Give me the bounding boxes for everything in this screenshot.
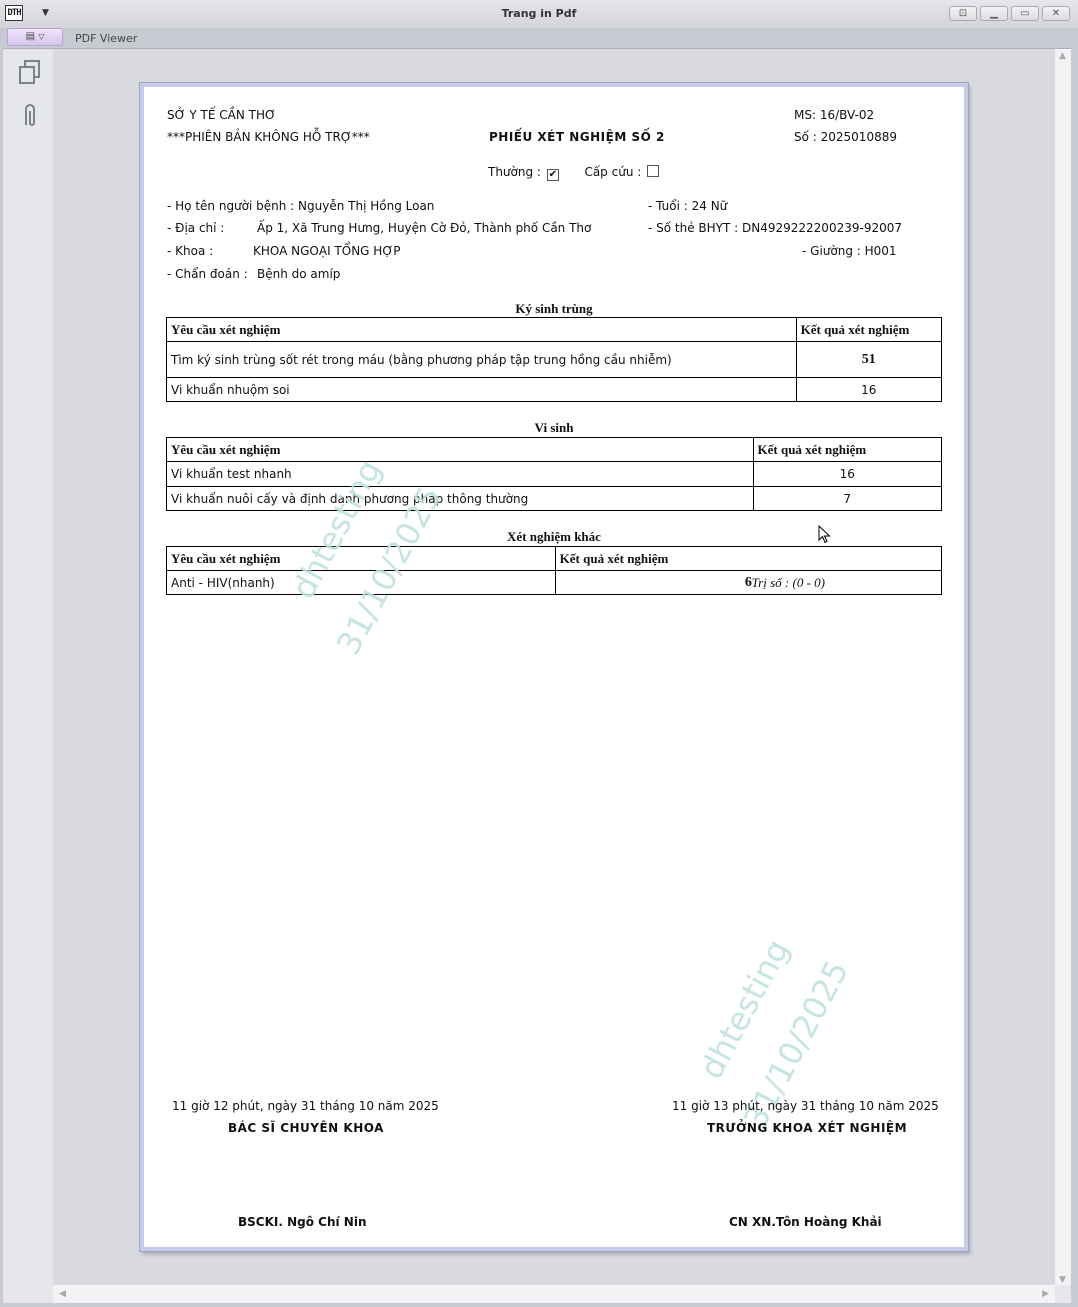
pages-icon[interactable] <box>17 59 45 89</box>
org-name: SỞ Y TẾ CẦN THƠ <box>167 108 276 122</box>
document-number: Số : 2025010889 <box>794 130 897 144</box>
form-code: MS: 16/BV-02 <box>794 108 874 122</box>
title-bar: DTH ▼ Trang in Pdf ⊡ ▁ ▭ ✕ <box>0 0 1078 28</box>
table-row: Vi khuẩn nhuộm soi 16 <box>167 378 942 402</box>
normal-checkbox[interactable]: ✔ <box>547 169 559 181</box>
test-result-cell: 6 Trị số : (0 - 0) <box>555 571 941 595</box>
col-request-header: Yêu cầu xét nghiệm <box>167 438 754 462</box>
tab-pdf-viewer[interactable]: PDF Viewer <box>75 32 137 45</box>
right-sign-role: TRƯỞNG KHOA XÉT NGHIỆM <box>707 1121 907 1135</box>
col-request-header: Yêu cầu xét nghiệm <box>167 547 556 571</box>
section-title: Xét nghiệm khác <box>144 529 964 545</box>
mouse-cursor-icon <box>818 525 832 549</box>
emergency-checkbox[interactable] <box>647 165 659 177</box>
test-name: Tìm ký sinh trùng sốt rét trong máu (bằn… <box>167 342 797 378</box>
diagnosis-label: - Chẩn đoán : <box>167 267 248 281</box>
right-sign-time: 11 giờ 13 phút, ngày 31 tháng 10 năm 202… <box>672 1099 939 1113</box>
col-result-header: Kết quả xét nghiệm <box>555 547 941 571</box>
bed-number: - Giường : H001 <box>802 244 897 258</box>
horizontal-scrollbar[interactable]: ◀ ▶ <box>53 1285 1055 1303</box>
close-button[interactable]: ✕ <box>1042 6 1070 21</box>
maximize-button[interactable]: ▭ <box>1011 6 1039 21</box>
document-title: PHIẾU XÉT NGHIỆM SỐ 2 <box>489 130 665 144</box>
vertical-scrollbar[interactable]: ▲ ▼ <box>1055 49 1071 1287</box>
scroll-up-icon[interactable]: ▲ <box>1059 51 1066 61</box>
right-sign-name: CN XN.Tôn Hoàng Khải <box>729 1215 882 1229</box>
section-title: Ký sinh trùng <box>144 301 964 317</box>
minimize-button[interactable]: ▁ <box>980 6 1008 21</box>
test-name: Vi khuẩn nhuộm soi <box>167 378 797 402</box>
scroll-right-icon[interactable]: ▶ <box>1042 1289 1049 1299</box>
col-result-header: Kết quả xét nghiệm <box>753 438 942 462</box>
reference-range: Trị số : (0 - 0) <box>752 575 825 591</box>
diagnosis-value: Bệnh do amíp <box>257 267 340 281</box>
insurance-number: - Số thẻ BHYT : DN4929222200239-92007 <box>648 221 902 235</box>
pdf-page: SỞ Y TẾ CẦN THƠ ***PHIÊN BẢN KHÔNG HỖ TR… <box>140 83 968 1251</box>
scroll-left-icon[interactable]: ◀ <box>59 1289 66 1299</box>
patient-name: - Họ tên người bệnh : Nguyễn Thị Hồng Lo… <box>167 199 434 213</box>
test-name: Vi khuẩn nuôi cấy và định danh phương ph… <box>167 487 754 511</box>
emergency-label: Cấp cứu : <box>584 165 641 179</box>
test-result: 16 <box>796 378 941 402</box>
patient-age: - Tuổi : 24 Nữ <box>648 199 727 213</box>
test-result: 51 <box>796 342 941 378</box>
attachment-icon[interactable] <box>17 101 45 131</box>
address-value: Ấp 1, Xã Trung Hưng, Huyện Cờ Đỏ, Thành … <box>257 221 591 235</box>
fullscreen-button[interactable]: ⊡ <box>949 6 977 21</box>
results-table: Yêu cầu xét nghiệmKết quả xét nghiệm Tìm… <box>166 317 942 402</box>
left-sign-name: BSCKI. Ngô Chí Nin <box>238 1215 367 1229</box>
dept-value: KHOA NGOẠI TỔNG HỢP <box>253 244 401 258</box>
left-sign-time: 11 giờ 12 phút, ngày 31 tháng 10 năm 202… <box>172 1099 439 1113</box>
col-result-header: Kết quả xét nghiệm <box>796 318 941 342</box>
test-result: 16 <box>753 462 942 487</box>
table-row: Tìm ký sinh trùng sốt rét trong máu (bằn… <box>167 342 942 378</box>
window-title: Trang in Pdf <box>0 7 1078 20</box>
left-sign-role: BÁC SĨ CHUYÊN KHOA <box>228 1121 384 1135</box>
panel-toggle-button[interactable]: ▤ ▽ <box>7 28 63 46</box>
test-result: 7 <box>753 487 942 511</box>
sidebar <box>3 49 53 1303</box>
dept-label: - Khoa : <box>167 244 213 258</box>
section-title: Vi sinh <box>144 420 964 436</box>
normal-label: Thường : <box>488 165 541 179</box>
table-row: Vi khuẩn nuôi cấy và định danh phương ph… <box>167 487 942 511</box>
address-label: - Địa chỉ : <box>167 221 224 235</box>
scroll-corner <box>1055 1285 1071 1303</box>
panel-icon: ▤ <box>26 31 35 42</box>
chevron-down-icon: ▽ <box>38 32 44 41</box>
table-row: Anti - HIV(nhanh) 6 Trị số : (0 - 0) <box>167 571 942 595</box>
version-note: ***PHIÊN BẢN KHÔNG HỖ TRỢ*** <box>167 130 370 144</box>
test-name: Vi khuẩn test nhanh <box>167 462 754 487</box>
results-table: Yêu cầu xét nghiệmKết quả xét nghiệm Vi … <box>166 437 942 511</box>
col-request-header: Yêu cầu xét nghiệm <box>167 318 797 342</box>
results-table: Yêu cầu xét nghiệmKết quả xét nghiệm Ant… <box>166 546 942 595</box>
scroll-down-icon[interactable]: ▼ <box>1059 1275 1066 1285</box>
ribbon-bar: ▤ ▽ PDF Viewer <box>0 28 1078 48</box>
priority-row: Thường : ✔ Cấp cứu : <box>488 165 659 181</box>
table-row: Vi khuẩn test nhanh 16 <box>167 462 942 487</box>
